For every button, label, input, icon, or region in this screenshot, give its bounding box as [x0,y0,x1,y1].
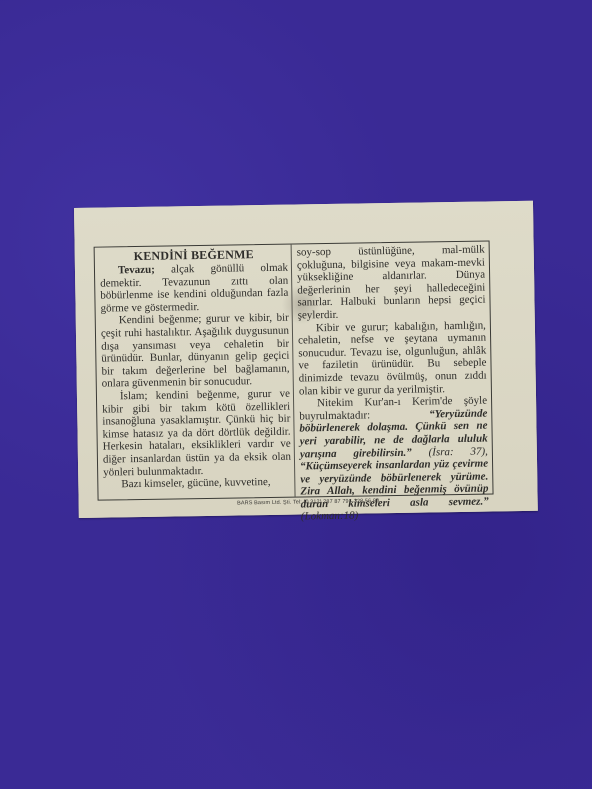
left-column: KENDİNİ BEĞENME Tevazu; alçak gönüllü ol… [100,247,292,492]
paragraph-islam: İslam; kendini beğenme, gurur ve kibir g… [102,388,291,479]
column-divider [291,245,296,497]
paragraph-soy-sop: soy-sop üstünlüğüne, mal-mülk çokluğuna,… [297,244,486,323]
lead-word: Tevazu; [118,264,155,277]
paragraph-tevazu: Tevazu; alçak gönüllü olmak demektir. Te… [100,262,289,315]
paragraph-kibir: Kibir ve gurur; kabalığın, hamlığın, ceh… [298,319,487,398]
paragraph-kendini-begenme: Kendini beğenme; gurur ve kibir, bir çeş… [101,312,290,391]
newspaper-clipping: KENDİNİ BEĞENME Tevazu; alçak gönüllü ol… [74,201,538,518]
reference-isra: (İsra: 37), [412,445,488,458]
reference-lokman: (Lokman:18) [301,510,359,523]
article-frame: KENDİNİ BEĞENME Tevazu; alçak gönüllü ol… [94,240,494,500]
right-column: soy-sop üstünlüğüne, mal-mülk çokluğuna,… [297,244,489,524]
paragraph-bazi-kimseler: Bazı kimseler, gücüne, kuvvetine, [103,476,291,492]
